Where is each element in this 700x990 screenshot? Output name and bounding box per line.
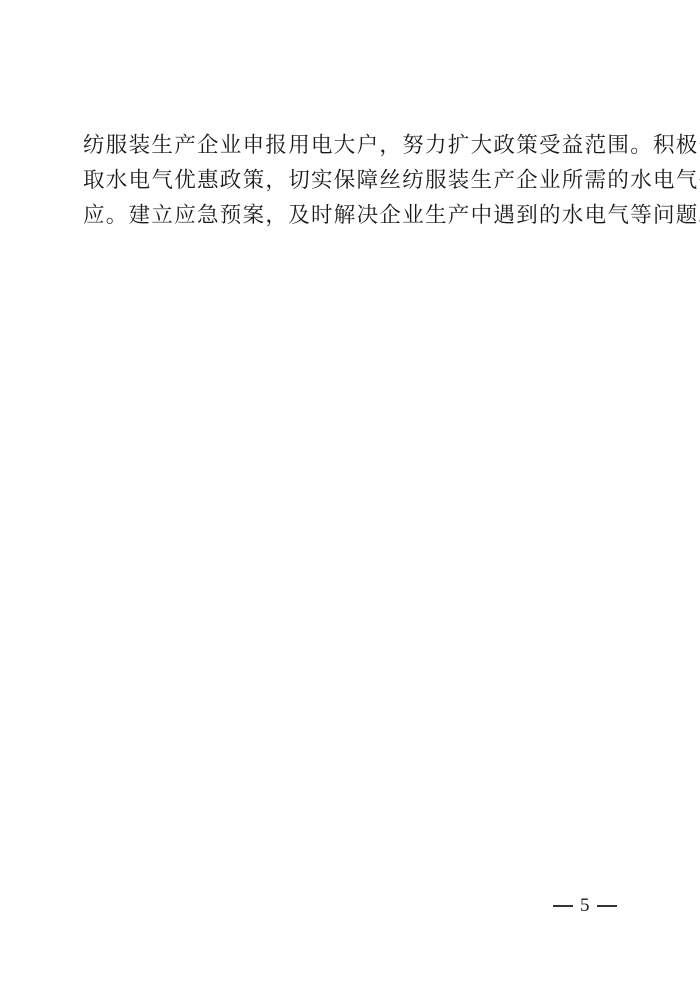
- paragraph-line: 取水电气优惠政策，切实保障丝纺服装生产企业所需的水电气供: [83, 163, 623, 198]
- dash-left-decoration: [553, 905, 573, 907]
- document-page: 纺服装生产企业申报用电大户，努力扩大政策受益范围。积极争 取水电气优惠政策，切实…: [0, 0, 700, 990]
- paragraph-line: 纺服装生产企业申报用电大户，努力扩大政策受益范围。积极争: [83, 128, 623, 163]
- dash-right-decoration: [597, 905, 617, 907]
- page-number: 5: [546, 895, 624, 917]
- paragraph-line: 应。建立应急预案，及时解决企业生产中遇到的水电气等问题。: [83, 198, 623, 233]
- page-number-value: 5: [580, 895, 590, 916]
- body-paragraph: 纺服装生产企业申报用电大户，努力扩大政策受益范围。积极争 取水电气优惠政策，切实…: [83, 128, 623, 233]
